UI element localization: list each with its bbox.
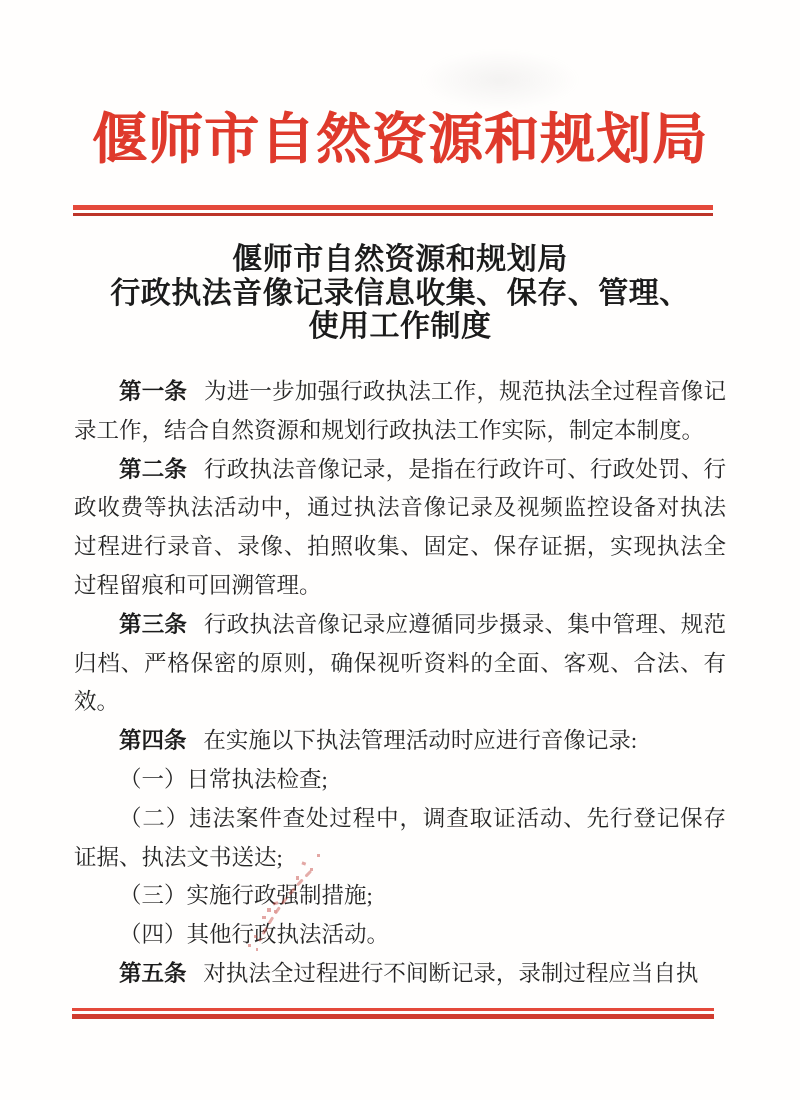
paragraph-text: （一）日常执法检查;: [119, 767, 328, 792]
article-label: 第五条: [119, 961, 187, 986]
paragraph-text: 在实施以下执法管理活动时应进行音像记录:: [203, 728, 637, 753]
article-label: 第四条: [119, 728, 187, 753]
footer-divider-thick-line: [72, 1014, 714, 1019]
document-page: 偃师市自然资源和规划局 偃师市自然资源和规划局 行政执法音像记录信息收集、保存、…: [0, 0, 800, 1100]
document-title-line-2: 行政执法音像记录信息收集、保存、管理、: [40, 277, 760, 311]
article-label: 第二条: [119, 457, 187, 482]
paragraph-text: （二）违法案件查处过程中，调查取证活动、先行登记保存证据、执法文书送达;: [74, 806, 726, 870]
document-title: 偃师市自然资源和规划局 行政执法音像记录信息收集、保存、管理、 使用工作制度: [40, 243, 760, 344]
letterhead-divider: [73, 205, 713, 216]
body-paragraph-article-1: 第一条为进一步加强行政执法工作，规范执法全过程音像记录工作，结合自然资源和规划行…: [74, 373, 726, 451]
document-body: 第一条为进一步加强行政执法工作，规范执法全过程音像记录工作，结合自然资源和规划行…: [74, 373, 726, 994]
body-paragraph-list-item-4: （四）其他行政执法活动。: [74, 916, 726, 955]
body-paragraph-list-item-3: （三）实施行政强制措施;: [74, 877, 726, 916]
letterhead-divider-thin-line: [73, 213, 713, 216]
body-paragraph-article-3: 第三条行政执法音像记录应遵循同步摄录、集中管理、规范归档、严格保密的原则，确保视…: [74, 606, 726, 722]
body-paragraph-article-5: 第五条对执法全过程进行不间断记录，录制过程应当自执: [74, 955, 726, 994]
paragraph-text: 对执法全过程进行不间断记录，录制过程应当自执: [203, 961, 698, 986]
paragraph-text: （三）实施行政强制措施;: [119, 883, 373, 908]
paragraph-text: （四）其他行政执法活动。: [119, 922, 389, 947]
body-paragraph-article-4: 第四条在实施以下执法管理活动时应进行音像记录:: [74, 722, 726, 761]
article-label: 第三条: [119, 612, 187, 637]
letterhead-title: 偃师市自然资源和规划局: [0, 100, 800, 180]
article-label: 第一条: [119, 379, 187, 404]
footer-divider: [72, 1008, 714, 1019]
document-title-line-3: 使用工作制度: [40, 310, 760, 344]
body-paragraph-list-item-2: （二）违法案件查处过程中，调查取证活动、先行登记保存证据、执法文书送达;: [74, 800, 726, 878]
body-paragraph-article-2: 第二条行政执法音像记录，是指在行政许可、行政处罚、行政收费等执法活动中，通过执法…: [74, 451, 726, 606]
document-title-line-1: 偃师市自然资源和规划局: [40, 243, 760, 277]
body-paragraph-list-item-1: （一）日常执法检查;: [74, 761, 726, 800]
